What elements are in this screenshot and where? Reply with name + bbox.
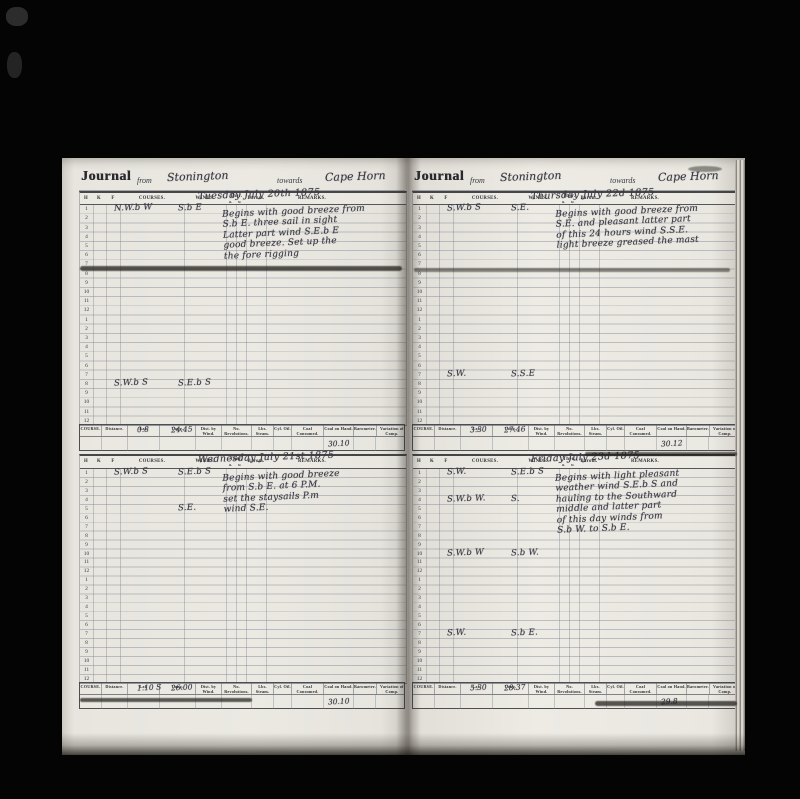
hour-label: 11 [80, 409, 93, 415]
hour-label: 1 [80, 206, 93, 212]
hour-label: 11 [413, 409, 426, 415]
hour-label: 12 [80, 568, 93, 574]
hour-label: 2 [413, 326, 426, 332]
abstract-column-label: Distance. [438, 425, 456, 432]
hour-label: 5 [413, 506, 426, 512]
column-rule-line [584, 437, 585, 451]
daily-abstract-strip: COURSE.Distance.Lat.0.8Long.24.45Dist. b… [79, 424, 405, 451]
log-table: HKFCOURSES.WINDS.Ther.Barom.REMARKS.a.w.… [79, 454, 407, 684]
longitude-value: 26.00 [171, 682, 193, 692]
handwritten-course: S.W.b S [447, 202, 482, 213]
hour-label: 12 [80, 307, 93, 313]
hour-label: 1 [413, 577, 426, 583]
abstract-column-label: Coal on Hand. [657, 683, 686, 690]
hour-label: 12 [413, 676, 426, 682]
abstract-cell: Barometer. [354, 683, 377, 694]
abstract-column-label: No. Revolutions. [555, 425, 584, 437]
hour-label: 10 [80, 289, 93, 295]
handwritten-origin: Stonington [500, 169, 562, 184]
column-rule-line [624, 437, 625, 451]
abstract-column-label: No. Revolutions. [222, 425, 251, 437]
hour-label: 4 [413, 497, 426, 503]
abstract-cell: Dist. by Wind. [529, 683, 555, 694]
hour-label: 10 [80, 551, 93, 557]
journal-towards-label: towards [277, 176, 303, 185]
column-rule-line [127, 437, 128, 451]
abstract-cell: Barometer. [687, 425, 710, 436]
hour-label: 9 [80, 649, 93, 655]
hour-label: 12 [413, 307, 426, 313]
column-rule-line [93, 469, 94, 684]
journal-header-line: JournalfromStoningtontowardsCape Horn [412, 167, 738, 191]
handwritten-course: N.W.b W [114, 202, 153, 213]
abstract-cell: Cyl. Oil. [607, 425, 625, 436]
handwritten-wind: S.E.b S [178, 466, 212, 477]
column-rule-line [159, 437, 160, 451]
column-header-courses: COURSES. [139, 196, 165, 201]
column-header-h: H [84, 459, 88, 464]
journal-word: Journal [81, 169, 131, 185]
handwritten-remarks: Begins with good breezefrom S.b E. at 6 … [222, 466, 404, 515]
column-header-k: K [97, 196, 101, 201]
page-left-content: JournalfromStoningtontowardsCape HornHKF… [79, 158, 405, 755]
hour-label: 10 [413, 551, 426, 557]
handwritten-wind: S.b W. [511, 547, 539, 558]
hour-label: 3 [80, 488, 93, 494]
handwritten-wind: S.E. [178, 502, 197, 513]
column-rule-line [606, 695, 607, 709]
abstract-column-label: COURSE. [81, 425, 101, 432]
hour-label: 12 [80, 418, 93, 424]
column-rule-line [460, 695, 461, 709]
column-rule-line [517, 205, 518, 426]
handwritten-course: S.W. [447, 368, 467, 379]
hour-label: 6 [80, 622, 93, 628]
hour-label: 9 [80, 542, 93, 548]
abstract-cell: Coal Consumed. [292, 683, 324, 694]
hour-label: 8 [413, 271, 426, 277]
abstract-cell: Cyl. Oil. [274, 683, 292, 694]
hour-label: 5 [413, 353, 426, 359]
abstract-column-label: Coal Consumed. [292, 683, 323, 695]
column-header-k: K [430, 459, 434, 464]
hour-label: 9 [413, 649, 426, 655]
abstract-column-label: No. Revolutions. [555, 683, 584, 695]
abstract-column-label: Variation of Comp. [377, 425, 407, 437]
abstract-column-label: Cyl. Oil. [607, 425, 624, 432]
log-table: HKFCOURSES.WINDS.Ther.Barom.REMARKS.a.w.… [412, 454, 740, 684]
handwritten-remarks: Begins with good breeze fromS.E. and ple… [555, 202, 737, 251]
abstract-column-label: Coal on Hand. [324, 683, 353, 690]
column-rule-line [686, 695, 687, 709]
hour-label: 11 [413, 667, 426, 673]
abstract-cell: Barometer. [354, 425, 377, 436]
column-header-courses: COURSES. [472, 196, 498, 201]
abstract-cell: Long.26.00 [160, 683, 196, 694]
abstract-column-label: Dist. by Wind. [529, 425, 554, 437]
hour-label: 3 [80, 335, 93, 341]
hour-label: 10 [413, 399, 426, 405]
handwritten-wind: S.E.b S [511, 466, 545, 477]
abstract-cell: Cyl. Oil. [607, 683, 625, 694]
handwritten-course: S.W.b S [114, 377, 149, 388]
column-rule-line [708, 437, 709, 451]
abstract-cell: Lat.0.8 [128, 425, 160, 436]
longitude-value: 28.37 [504, 682, 526, 692]
page-right-content: JournalfromStoningtontowardsCape HornHKF… [412, 158, 738, 755]
column-rule-line [251, 695, 252, 709]
abstract-column-label: Lbs. Steam. [252, 425, 273, 437]
hour-label: 2 [80, 326, 93, 332]
hour-label: 4 [80, 234, 93, 240]
column-rule-line [323, 695, 324, 709]
abstract-values-row: 30.10 [80, 437, 404, 451]
hour-label: 3 [413, 488, 426, 494]
column-rule-line [184, 205, 185, 426]
abstract-cell: COURSE. [413, 683, 435, 694]
column-rule-line [221, 437, 222, 451]
column-rule-line [291, 437, 292, 451]
hour-label: 11 [80, 298, 93, 304]
abstract-column-label: Distance. [105, 683, 123, 690]
scan-artifact-blob [6, 7, 28, 26]
abstract-column-label: Barometer. [687, 425, 709, 432]
hour-label: 9 [80, 390, 93, 396]
abstract-cell: Lat.3.30 [461, 425, 493, 436]
hour-label: 6 [413, 622, 426, 628]
abstract-values-row: 29.8 [413, 695, 737, 709]
hour-label: 12 [413, 418, 426, 424]
hour-label: 1 [413, 206, 426, 212]
abstract-cell: Coal Consumed. [625, 425, 657, 436]
abstract-header-row: COURSE.Distance.Lat.3.30Long.27.46Dist. … [413, 425, 737, 437]
column-rule-line [101, 695, 102, 709]
hour-label: 10 [413, 289, 426, 295]
logbook-page-right: JournalfromStoningtontowardsCape HornHKF… [408, 158, 745, 755]
handwritten-course: S.W.b S [114, 466, 149, 477]
abstract-cell: Coal on Hand. [657, 425, 687, 436]
column-header-k: K [430, 196, 434, 201]
column-rule-line [434, 695, 435, 709]
hour-label: 8 [413, 640, 426, 646]
barometer-value: 30.10 [328, 438, 350, 448]
abstract-cell: Coal on Hand. [324, 425, 354, 436]
column-rule-line [273, 437, 274, 451]
hour-label: 1 [80, 577, 93, 583]
hour-label: 12 [413, 568, 426, 574]
column-rule-line [528, 695, 529, 709]
abstract-cell: COURSE. [413, 425, 435, 436]
handwritten-wind: S.S.E [511, 368, 535, 379]
hour-label: 5 [413, 243, 426, 249]
column-rule-line [106, 205, 107, 426]
hour-label: 3 [80, 595, 93, 601]
abstract-header-row: COURSE.Distance.Lat.5.30Long.28.37Dist. … [413, 683, 737, 695]
latitude-value: 1.10 S [137, 682, 162, 692]
journal-towards-label: towards [610, 176, 636, 185]
hour-label: 10 [80, 658, 93, 664]
abstract-cell: No. Revolutions. [222, 425, 252, 436]
column-rule-line [492, 695, 493, 709]
abstract-cell: Lat.5.30 [461, 683, 493, 694]
abstract-cell: Long.27.46 [493, 425, 529, 436]
abstract-column-label: Lbs. Steam. [252, 683, 273, 695]
hour-label: 2 [413, 586, 426, 592]
journal-word: Journal [414, 169, 464, 185]
hour-label: 4 [80, 604, 93, 610]
latitude-value: 5.30 [470, 683, 487, 693]
hour-label: 7 [413, 524, 426, 530]
column-rule-line [434, 437, 435, 451]
hour-label: 2 [80, 215, 93, 221]
barometer-value: 30.12 [661, 438, 683, 448]
abstract-cell: Barometer. [687, 683, 710, 694]
hour-label: 8 [80, 640, 93, 646]
column-header-courses: COURSES. [139, 459, 165, 464]
abstract-cell: Long.24.45 [160, 425, 196, 436]
hour-label: 3 [413, 595, 426, 601]
hour-label: 11 [413, 298, 426, 304]
abstract-cell: Long.28.37 [493, 683, 529, 694]
abstract-column-label: Lbs. Steam. [585, 425, 606, 437]
abstract-column-label: Barometer. [354, 425, 376, 432]
scan-artifact-blob [7, 52, 22, 78]
latitude-value: 3.30 [470, 425, 487, 435]
handwritten-wind: S.E.b S [178, 377, 212, 388]
abstract-cell: Variation of Comp. [377, 425, 407, 436]
hour-label: 3 [413, 335, 426, 341]
abstract-column-label: Coal on Hand. [324, 425, 353, 432]
handwritten-course: S.W. [447, 628, 467, 639]
journal-from-label: from [470, 176, 485, 185]
hour-label: 6 [413, 515, 426, 521]
hour-label: 1 [413, 317, 426, 323]
hour-label: 10 [413, 658, 426, 664]
hour-label: 3 [80, 225, 93, 231]
column-rule-line [93, 205, 94, 426]
abstract-values-row: 30.10 [80, 695, 404, 709]
column-rule-line [221, 695, 222, 709]
hour-label: 9 [413, 390, 426, 396]
column-header-k: K [97, 459, 101, 464]
column-rule-line [492, 437, 493, 451]
hour-label: 5 [80, 353, 93, 359]
abstract-column-label: Distance. [105, 425, 123, 432]
column-rule-line [375, 437, 376, 451]
column-rule-line [353, 695, 354, 709]
column-rule-line [120, 205, 121, 426]
column-rule-line [554, 695, 555, 709]
abstract-cell: Distance. [435, 683, 461, 694]
column-rule-line [127, 695, 128, 709]
abstract-cell: Coal Consumed. [625, 683, 657, 694]
journal-from-label: from [137, 176, 152, 185]
hour-label: 1 [80, 317, 93, 323]
hour-label: 11 [413, 559, 426, 565]
hour-label: 7 [80, 524, 93, 530]
hour-label: 2 [413, 479, 426, 485]
abstract-cell: Lbs. Steam. [585, 683, 607, 694]
column-header-courses: COURSES. [472, 459, 498, 464]
abstract-cell: COURSE. [80, 683, 102, 694]
column-header-h: H [417, 196, 421, 201]
column-rule-line [439, 205, 440, 426]
column-rule-line [606, 437, 607, 451]
barometer-value: 29.8 [661, 697, 678, 707]
column-rule-line [195, 695, 196, 709]
column-rule-line [195, 437, 196, 451]
column-rule-line [656, 695, 657, 709]
abstract-column-label: Cyl. Oil. [274, 425, 291, 432]
hour-label: 11 [80, 559, 93, 565]
abstract-cell: Dist. by Wind. [529, 425, 555, 436]
hour-label: 7 [413, 372, 426, 378]
abstract-cell: Cyl. Oil. [274, 425, 292, 436]
abstract-column-label: COURSE. [414, 425, 434, 432]
hour-label: 9 [413, 280, 426, 286]
hour-label: 5 [80, 243, 93, 249]
abstract-column-label: Coal Consumed. [292, 425, 323, 437]
hour-label: 6 [80, 363, 93, 369]
abstract-cell: No. Revolutions. [222, 683, 252, 694]
hour-label: 6 [80, 252, 93, 258]
abstract-cell: Coal on Hand. [657, 683, 687, 694]
hour-label: 7 [80, 631, 93, 637]
abstract-column-label: COURSE. [414, 683, 434, 690]
abstract-cell: Distance. [435, 425, 461, 436]
column-rule-line [426, 469, 427, 684]
abstract-column-label: Dist. by Wind. [196, 425, 221, 437]
hour-label: 7 [413, 261, 426, 267]
hour-label: 12 [80, 676, 93, 682]
hour-label: 7 [80, 261, 93, 267]
hour-label: 4 [413, 234, 426, 240]
hour-label: 6 [413, 252, 426, 258]
handwritten-wind: S. [511, 494, 520, 504]
column-rule-line [708, 695, 709, 709]
handwritten-remarks: Begins with good breeze fromS.b E. three… [222, 202, 404, 262]
column-rule-line [624, 695, 625, 709]
hour-label: 8 [80, 533, 93, 539]
hour-label: 4 [80, 497, 93, 503]
handwritten-origin: Stonington [167, 169, 229, 184]
hour-label: 1 [413, 470, 426, 476]
abstract-cell: Lbs. Steam. [585, 425, 607, 436]
handwritten-course: S.W.b W [447, 547, 484, 558]
abstract-header-row: COURSE.Distance.Lat.1.10 SLong.26.00Dist… [80, 683, 404, 695]
column-header-f: F [111, 196, 114, 201]
hour-label: 9 [80, 280, 93, 286]
handwritten-destination: Cape Horn [325, 169, 386, 184]
hour-label: 6 [80, 515, 93, 521]
abstract-cell: Distance. [102, 683, 128, 694]
daily-abstract-strip: COURSE.Distance.Lat.3.30Long.27.46Dist. … [412, 424, 738, 451]
column-header-f: F [444, 459, 447, 464]
hour-label: 3 [413, 225, 426, 231]
column-rule-line [584, 695, 585, 709]
column-rule-line [439, 469, 440, 684]
page-stack-edges [735, 160, 745, 751]
abstract-column-label: Cyl. Oil. [607, 683, 624, 690]
abstract-cell: Lbs. Steam. [252, 683, 274, 694]
abstract-column-label: Variation of Comp. [377, 683, 407, 695]
hour-label: 8 [80, 271, 93, 277]
abstract-cell: Variation of Comp. [377, 683, 407, 694]
barometer-value: 30.10 [328, 696, 350, 706]
column-header-f: F [444, 196, 447, 201]
abstract-column-label: COURSE. [81, 683, 101, 690]
hour-label: 5 [80, 613, 93, 619]
column-rule-line [353, 437, 354, 451]
abstract-cell: Dist. by Wind. [196, 683, 222, 694]
column-rule-line [460, 437, 461, 451]
column-rule-line [656, 437, 657, 451]
column-rule-line [159, 695, 160, 709]
hour-label: 8 [80, 381, 93, 387]
hour-label: 10 [80, 399, 93, 405]
column-rule-line [528, 437, 529, 451]
column-rule-line [291, 695, 292, 709]
handwritten-destination: Cape Horn [658, 169, 719, 184]
latitude-value: 0.8 [137, 425, 149, 435]
log-table: HKFCOURSES.WINDS.Ther.Barom.REMARKS.a.w.… [79, 191, 407, 426]
abstract-cell: No. Revolutions. [555, 425, 585, 436]
abstract-cell: Coal Consumed. [292, 425, 324, 436]
column-rule-line [375, 695, 376, 709]
column-header-h: H [84, 196, 88, 201]
column-rule-line [273, 695, 274, 709]
abstract-column-label: Dist. by Wind. [529, 683, 554, 695]
handwritten-wind: S.E. [511, 203, 530, 214]
hour-label: 2 [80, 586, 93, 592]
hour-label: 4 [413, 344, 426, 350]
hour-label: 8 [413, 381, 426, 387]
column-rule-line [323, 437, 324, 451]
abstract-header-row: COURSE.Distance.Lat.0.8Long.24.45Dist. b… [80, 425, 404, 437]
column-rule-line [101, 437, 102, 451]
hour-label: 4 [413, 604, 426, 610]
logbook-spread: JournalfromStoningtontowardsCape HornHKF… [62, 158, 745, 755]
hour-label: 6 [413, 363, 426, 369]
longitude-value: 27.46 [504, 424, 526, 434]
abstract-values-row: 30.12 [413, 437, 737, 451]
scanned-logbook-photo: JournalfromStoningtontowardsCape HornHKF… [0, 0, 800, 799]
abstract-cell: Coal on Hand. [324, 683, 354, 694]
logbook-page-left: JournalfromStoningtontowardsCape HornHKF… [62, 158, 408, 755]
abstract-cell: Dist. by Wind. [196, 425, 222, 436]
hour-label: 11 [80, 667, 93, 673]
abstract-column-label: Barometer. [687, 683, 709, 690]
abstract-column-label: Lbs. Steam. [585, 683, 606, 695]
abstract-column-label: Coal Consumed. [625, 683, 656, 695]
daily-abstract-strip: COURSE.Distance.Lat.5.30Long.28.37Dist. … [412, 682, 738, 709]
abstract-column-label: Cyl. Oil. [274, 683, 291, 690]
abstract-column-label: Distance. [438, 683, 456, 690]
handwritten-course: S.W.b W. [447, 493, 486, 504]
handwritten-wind: S.b E. [511, 628, 538, 639]
abstract-cell: Lat.1.10 S [128, 683, 160, 694]
column-rule-line [453, 205, 454, 426]
handwritten-remarks: Begins with light pleasantweather wind S… [555, 466, 737, 536]
handwritten-wind: S.b E [178, 203, 202, 214]
column-rule-line [106, 469, 107, 684]
abstract-column-label: Barometer. [354, 683, 376, 690]
hour-label: 2 [80, 479, 93, 485]
hour-label: 7 [80, 372, 93, 378]
log-table: HKFCOURSES.WINDS.Ther.Barom.REMARKS.a.w.… [412, 191, 740, 426]
hour-label: 9 [413, 542, 426, 548]
hour-label: 7 [413, 631, 426, 637]
